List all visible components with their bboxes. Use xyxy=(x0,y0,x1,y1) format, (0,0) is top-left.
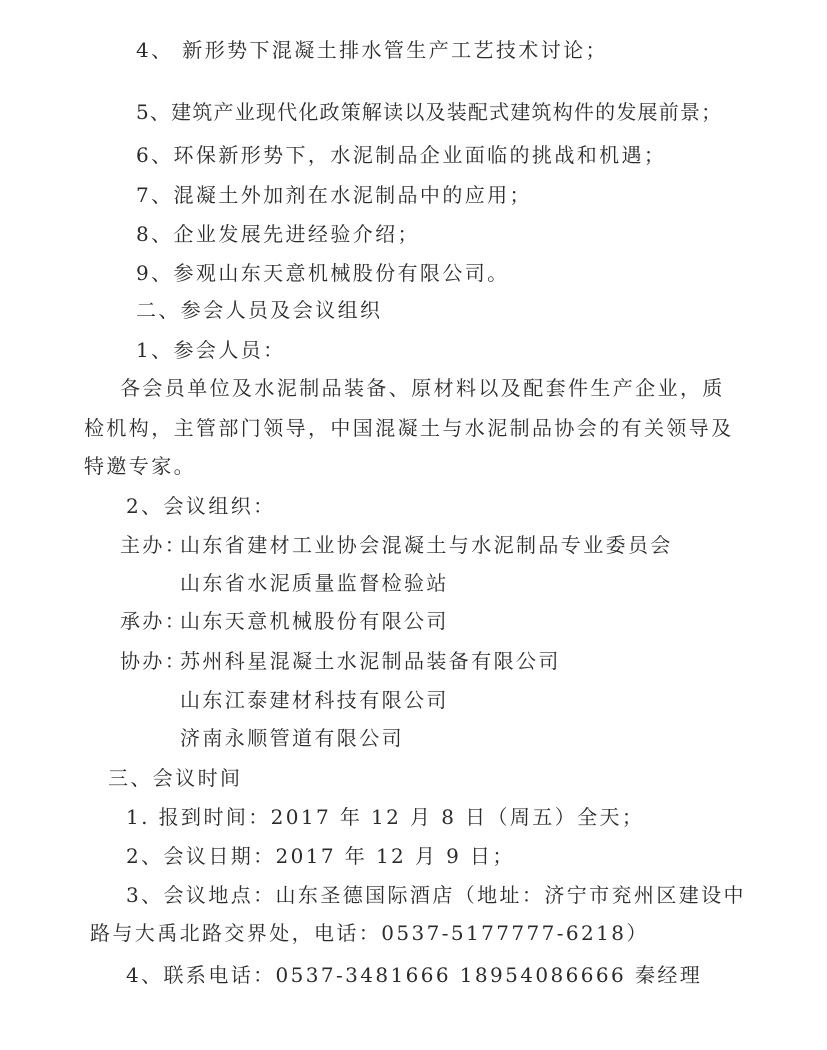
agenda-item-text: 环保新形势下，水泥制品企业面临的挑战和机遇； xyxy=(174,143,667,167)
agenda-item-9: 9、参观山东天意机械股份有限公司。 xyxy=(136,259,510,287)
agenda-item-5: 5、建筑产业现代化政策解读以及装配式建筑构件的发展前景； xyxy=(136,98,722,126)
subheading-organization: 2、会议组织： xyxy=(126,492,276,520)
agenda-item-number: 7、 xyxy=(136,183,174,207)
agenda-item-text: 参观山东天意机械股份有限公司。 xyxy=(174,261,510,285)
agenda-item-6: 6、环保新形势下，水泥制品企业面临的挑战和机遇； xyxy=(136,141,666,169)
organizer-co-1: 苏州科星混凝土水泥制品装备有限公司 xyxy=(180,647,561,675)
section-heading-attendees: 二、参会人员及会议组织 xyxy=(136,296,382,324)
subheading-participants: 1、参会人员： xyxy=(136,336,286,364)
agenda-item-text: 企业发展先进经验介绍； xyxy=(174,222,420,246)
organizer-co-role: 协办： xyxy=(120,647,187,675)
participants-body-line-3: 特邀专家。 xyxy=(84,452,196,480)
time-item-date: 2、会议日期：2017 年 12 月 9 日； xyxy=(126,842,515,870)
time-item-registration: 1. 报到时间：2017 年 12 月 8 日（周五）全天； xyxy=(126,803,644,831)
agenda-item-text: 混凝土外加剂在水泥制品中的应用； xyxy=(174,183,532,207)
organizer-host-role: 主办： xyxy=(120,531,187,559)
time-item-venue-cont: 路与大禹北路交界处，电话：0537-5177777-6218） xyxy=(90,919,649,947)
agenda-item-8: 8、企业发展先进经验介绍； xyxy=(136,220,420,248)
organizer-co-2: 山东江泰建材科技有限公司 xyxy=(180,686,449,714)
agenda-item-text: 建筑产业现代化政策解读以及装配式建筑构件的发展前景； xyxy=(171,100,722,124)
participants-body-line-2: 检机构，主管部门领导，中国混凝土与水泥制品协会的有关领导及 xyxy=(84,414,734,442)
agenda-item-number: 5、 xyxy=(136,100,171,124)
organizer-undertaker-role: 承办： xyxy=(120,607,187,635)
agenda-item-4: 4、 新形势下混凝土排水管生产工艺技术讨论； xyxy=(136,36,608,64)
organizer-host-1: 山东省建材工业协会混凝土与水泥制品专业委员会 xyxy=(180,531,673,559)
agenda-item-number: 8、 xyxy=(136,222,174,246)
time-item-contact: 4、联系电话：0537-3481666 18954086666 秦经理 xyxy=(126,961,702,989)
time-item-venue: 3、会议地点：山东圣德国际酒店（地址：济宁市兖州区建设中 xyxy=(126,881,746,909)
agenda-item-number: 6、 xyxy=(136,143,174,167)
participants-body-line-1: 各会员单位及水泥制品装备、原材料以及配套件生产企业，质 xyxy=(120,374,725,402)
section-heading-time: 三、会议时间 xyxy=(108,764,242,792)
organizer-host-2: 山东省水泥质量监督检验站 xyxy=(180,569,449,597)
organizer-undertaker-1: 山东天意机械股份有限公司 xyxy=(180,607,449,635)
agenda-item-number: 9、 xyxy=(136,261,174,285)
agenda-item-number: 4、 xyxy=(136,38,174,62)
agenda-item-text: 新形势下混凝土排水管生产工艺技术讨论； xyxy=(174,38,608,62)
agenda-item-7: 7、混凝土外加剂在水泥制品中的应用； xyxy=(136,181,532,209)
organizer-co-3: 济南永顺管道有限公司 xyxy=(180,724,404,752)
